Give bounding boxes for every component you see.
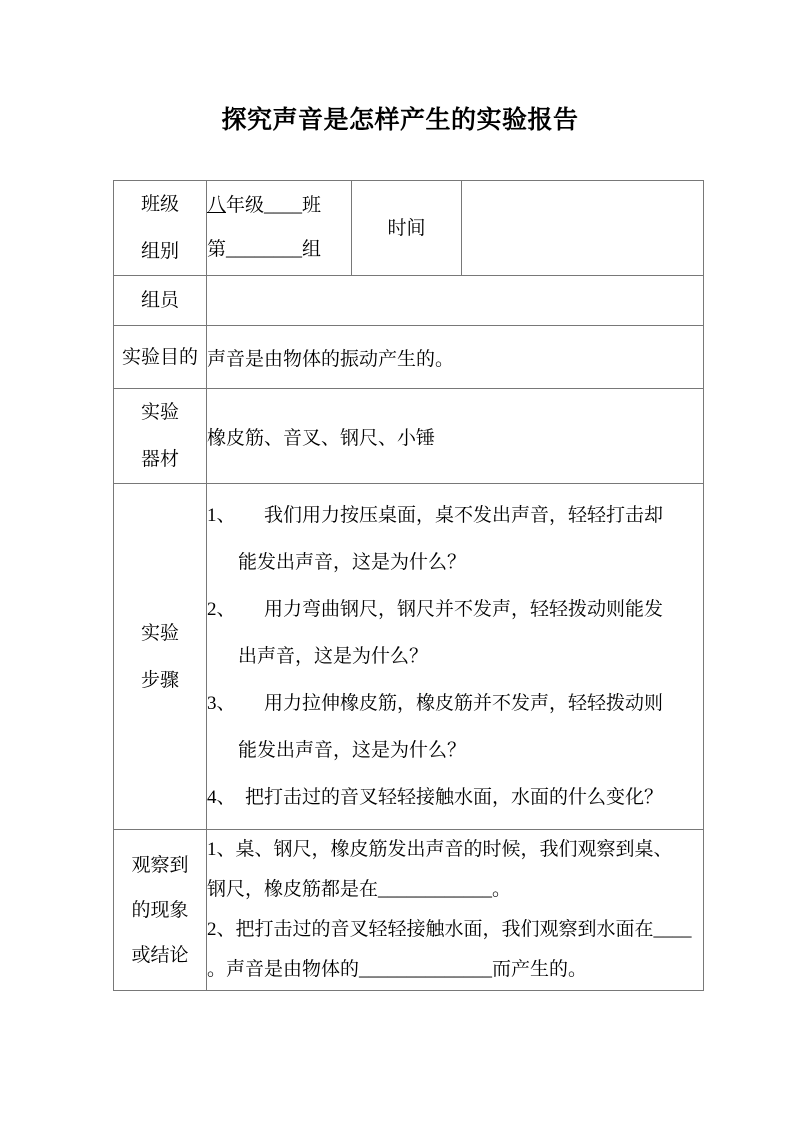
document-page: 探究声音是怎样产生的实验报告 班级 组别 八年级____班 第________组…	[0, 0, 800, 1132]
observation-line: 钢尺，橡皮筋都是在____________。	[207, 870, 703, 910]
time-value-cell	[462, 181, 704, 276]
equipment-value-cell: 橡皮筋、音叉、钢尺、小锤	[207, 389, 704, 484]
row-steps: 实验 步骤 1、 我们用力按压桌面，桌不发出声音，轻轻打击却 能发出声音，这是为…	[114, 484, 704, 830]
observation-label-line3: 或结论	[114, 933, 206, 978]
observation-label-line2: 的现象	[114, 888, 206, 933]
class-group-fill-cell: 八年级____班 第________组	[207, 181, 352, 276]
step-line: 2、 用力弯曲钢尺，钢尺并不发声，轻轻拨动则能发	[207, 586, 703, 633]
observation-label-cell: 观察到 的现象 或结论	[114, 830, 207, 991]
step-line: 1、 我们用力按压桌面，桌不发出声音，轻轻打击却	[207, 492, 703, 539]
step-line: 能发出声音，这是为什么？	[207, 727, 703, 774]
members-label-cell: 组员	[114, 276, 207, 326]
members-value-cell	[207, 276, 704, 326]
step-line: 能发出声音，这是为什么？	[207, 539, 703, 586]
steps-value-cell: 1、 我们用力按压桌面，桌不发出声音，轻轻打击却 能发出声音，这是为什么？ 2、…	[207, 484, 704, 830]
steps-label-cell: 实验 步骤	[114, 484, 207, 830]
observation-label-line1: 观察到	[114, 843, 206, 888]
observation-line: 2、把打击过的音叉轻轻接触水面，我们观察到水面在____	[207, 910, 703, 950]
steps-label-line1: 实验	[114, 610, 206, 657]
group-suffix: 组	[302, 239, 321, 260]
row-observation: 观察到 的现象 或结论 1、桌、钢尺，橡皮筋发出声音的时候，我们观察到桌、 钢尺…	[114, 830, 704, 991]
row-class-group: 班级 组别 八年级____班 第________组 时间	[114, 181, 704, 276]
equipment-label-line2: 器材	[114, 436, 206, 483]
observation-line: 。声音是由物体的______________而产生的。	[207, 950, 703, 990]
equipment-label-line1: 实验	[114, 389, 206, 436]
experiment-report-table: 班级 组别 八年级____班 第________组 时间 组员 实验目的 声音是…	[113, 180, 704, 991]
group-fill-line: 第________组	[207, 228, 351, 272]
purpose-value-cell: 声音是由物体的振动产生的。	[207, 326, 704, 389]
page-title: 探究声音是怎样产生的实验报告	[0, 100, 800, 136]
time-label-cell: 时间	[352, 181, 462, 276]
observation-line: 1、桌、钢尺，橡皮筋发出声音的时候，我们观察到桌、	[207, 830, 703, 870]
group-blank: ________	[226, 239, 302, 260]
steps-label-line2: 步骤	[114, 657, 206, 704]
grade-blank: ____	[264, 195, 302, 216]
group-label: 组别	[114, 228, 206, 275]
step-line: 4、 把打击过的音叉轻轻接触水面，水面的什么变化？	[207, 774, 703, 821]
row-members: 组员	[114, 276, 704, 326]
class-group-label-cell: 班级 组别	[114, 181, 207, 276]
grade-text: 年级	[226, 195, 264, 216]
grade-suffix: 班	[302, 195, 321, 216]
observation-value-cell: 1、桌、钢尺，橡皮筋发出声音的时候，我们观察到桌、 钢尺，橡皮筋都是在_____…	[207, 830, 704, 991]
purpose-label-cell: 实验目的	[114, 326, 207, 389]
class-label: 班级	[114, 181, 206, 228]
grade-underlined-char: 八	[207, 195, 226, 216]
equipment-label-cell: 实验 器材	[114, 389, 207, 484]
row-purpose: 实验目的 声音是由物体的振动产生的。	[114, 326, 704, 389]
step-line: 出声音，这是为什么？	[207, 633, 703, 680]
row-equipment: 实验 器材 橡皮筋、音叉、钢尺、小锤	[114, 389, 704, 484]
step-line: 3、 用力拉伸橡皮筋，橡皮筋并不发声，轻轻拨动则	[207, 680, 703, 727]
group-prefix: 第	[207, 239, 226, 260]
grade-fill-line: 八年级____班	[207, 184, 351, 228]
